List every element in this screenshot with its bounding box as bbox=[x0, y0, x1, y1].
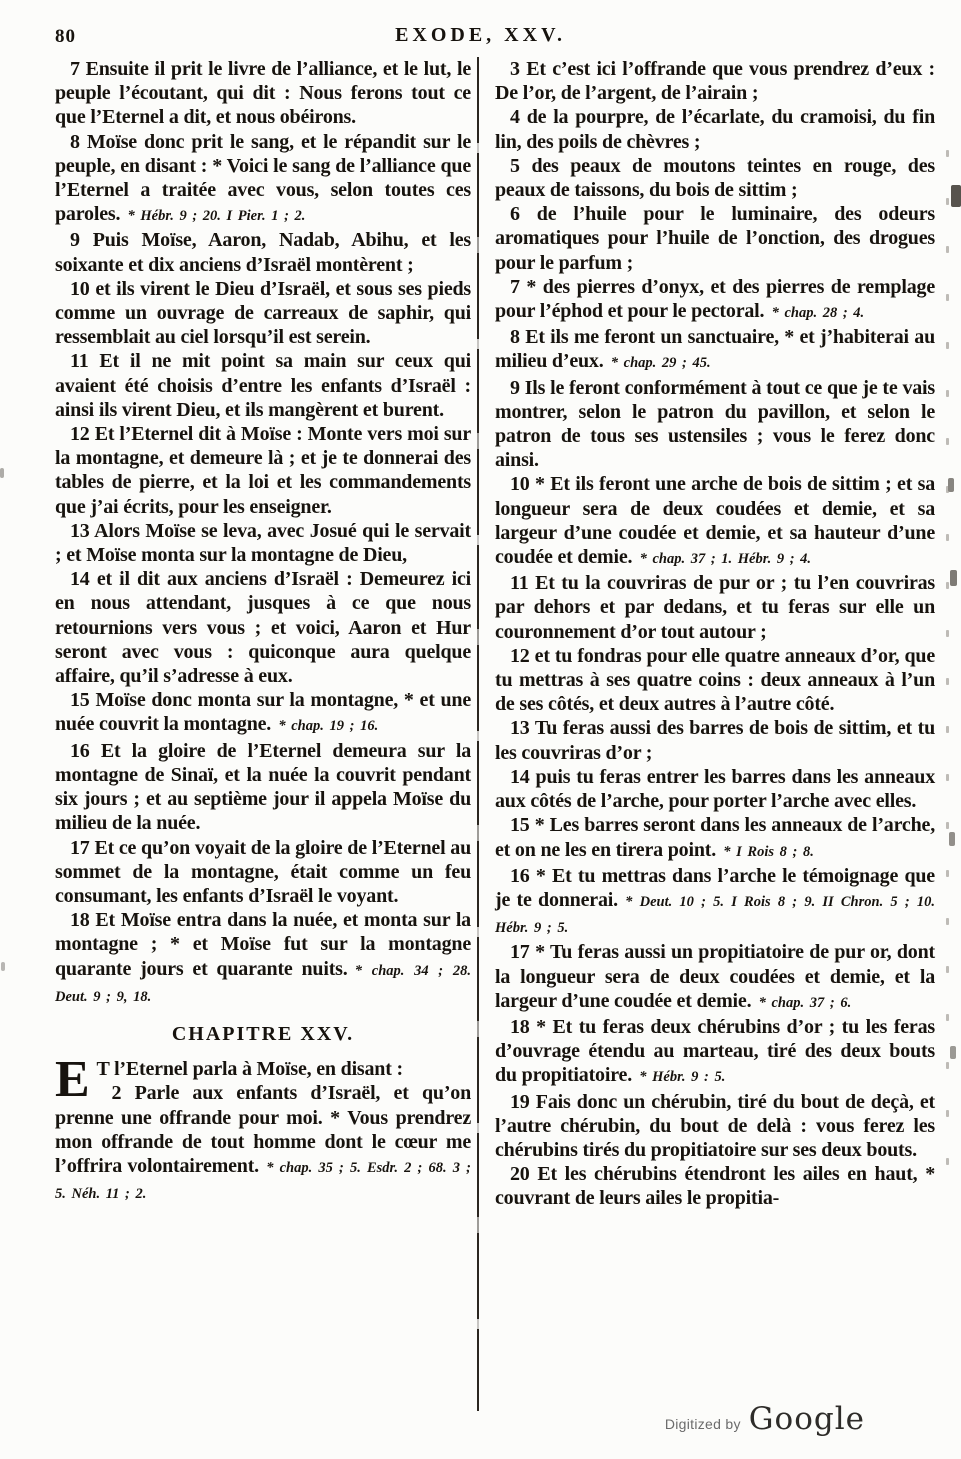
verse-number: 17 bbox=[510, 941, 535, 963]
column-divider-rule bbox=[477, 57, 479, 1411]
verse-paragraph: 6 de l’huile pour le luminaire, des odeu… bbox=[495, 202, 935, 275]
verse-paragraph: 5 des peaux de moutons teintes en rouge,… bbox=[495, 154, 935, 202]
verse-number: 13 bbox=[510, 717, 535, 739]
verse-paragraph: 14 puis tu feras entrer les barres dans … bbox=[495, 765, 935, 813]
verse-number: 3 bbox=[510, 58, 526, 80]
scan-artifact bbox=[949, 832, 955, 846]
verse-paragraph: 12 Et l’Eternel dit à Moïse : Monte vers… bbox=[55, 422, 471, 519]
digitized-by-label: Digitized by bbox=[665, 1416, 741, 1432]
verse-number: 11 bbox=[510, 572, 535, 594]
verse-number: 10 bbox=[510, 473, 535, 495]
cross-references: * chap. 37 ; 6. bbox=[751, 995, 851, 1011]
edge-speck bbox=[946, 582, 949, 589]
running-head: EXODE, XXV. bbox=[0, 24, 961, 47]
verse-number: 12 bbox=[510, 645, 535, 667]
verse-paragraph: 9 Puis Moïse, Aaron, Nadab, Abihu, et le… bbox=[55, 228, 471, 276]
verse-number: 18 bbox=[70, 909, 95, 931]
verse-number: 13 bbox=[70, 520, 94, 542]
verse-number: 2 bbox=[111, 1082, 134, 1104]
verse-number: 15 bbox=[510, 814, 535, 836]
verse-paragraph: 17 * Tu feras aussi un propitiatoire de … bbox=[495, 940, 935, 1015]
verse-paragraph: 10 et ils virent le Dieu d’Israël, et so… bbox=[55, 277, 471, 350]
verse-paragraph: 7 * des pierres d’onyx, et des pierres d… bbox=[495, 275, 935, 325]
verse-paragraph: 9 Ils le feront conformément à tout ce q… bbox=[495, 376, 935, 473]
verse-number: 12 bbox=[70, 423, 95, 445]
verse-number: 9 bbox=[510, 377, 525, 399]
verse-number: 5 bbox=[510, 155, 531, 177]
verse-paragraph: 18 * Et tu feras deux chérubins d’or ; t… bbox=[495, 1015, 935, 1090]
edge-speck bbox=[946, 1062, 949, 1069]
verse-paragraph: 12 et tu fondras pour elle quatre anneau… bbox=[495, 644, 935, 717]
verse-paragraph: 16 Et la gloire de l’Eternel demeura sur… bbox=[55, 739, 471, 836]
edge-speck bbox=[946, 870, 949, 877]
scan-artifact bbox=[951, 185, 961, 207]
verse-number: 7 bbox=[510, 276, 526, 298]
verse-paragraph: 15 * Les barres seront dans les anneaux … bbox=[495, 813, 935, 863]
cross-references: * chap. 35 ; 5. Esdr. 2 ; 68. 3 ; 5. Néh… bbox=[55, 1160, 471, 1202]
scan-artifact bbox=[950, 570, 957, 586]
cross-references: * chap. 29 ; 45. bbox=[604, 355, 711, 371]
edge-speck bbox=[946, 150, 949, 157]
cross-references: * chap. 19 ; 16. bbox=[271, 718, 378, 734]
verse-number: 7 bbox=[70, 58, 86, 80]
dropcap-letter: E bbox=[55, 1057, 96, 1101]
cross-references: * Hébr. 9 : 5. bbox=[632, 1069, 725, 1085]
verse-paragraph: 16 * Et tu mettras dans l’arche le témoi… bbox=[495, 864, 935, 941]
edge-speck bbox=[946, 1110, 949, 1117]
verse-number: 17 bbox=[70, 837, 94, 859]
chapter-heading: CHAPITRE XXV. bbox=[55, 1022, 471, 1046]
edge-speck bbox=[946, 630, 949, 637]
right-column: 3 Et c’est ici l’offrande que vous prend… bbox=[495, 57, 935, 1211]
left-column: 7 Ensuite il prit le livre de l’alliance… bbox=[55, 57, 471, 1206]
verse-paragraph: 3 Et c’est ici l’offrande que vous prend… bbox=[495, 57, 935, 105]
edge-speck bbox=[946, 342, 949, 349]
verse-paragraph: 10 * Et ils feront une arche de bois de … bbox=[495, 472, 935, 571]
cross-references: * Hébr. 9 ; 20. I Pier. 1 ; 2. bbox=[120, 208, 305, 224]
edge-speck bbox=[946, 966, 949, 973]
verse-number: 8 bbox=[510, 326, 525, 348]
verse-paragraph: 17 Et ce qu’on voyait de la gloire de l’… bbox=[55, 836, 471, 909]
verse-number: 6 bbox=[510, 203, 537, 225]
cross-references: * chap. 37 ; 1. Hébr. 9 ; 4. bbox=[632, 551, 811, 567]
verse-number: 4 bbox=[510, 106, 527, 128]
scanned-book-page: 80 EXODE, XXV. 7 Ensuite il prit le livr… bbox=[0, 0, 961, 1459]
edge-speck bbox=[946, 678, 949, 685]
cross-references: * chap. 34 ; 28. Deut. 9 ; 9, 18. bbox=[55, 963, 471, 1005]
text-block: 7 Ensuite il prit le livre de l’alliance… bbox=[55, 57, 937, 1411]
verse-number: 8 bbox=[70, 131, 87, 153]
verse-number: 15 bbox=[70, 689, 95, 711]
edge-speck bbox=[946, 438, 949, 445]
verse-paragraph: 2 Parle aux enfants d’Israël, et qu’on p… bbox=[55, 1081, 471, 1206]
verse-paragraph: 14 et il dit aux anciens d’Israël : Deme… bbox=[55, 567, 471, 688]
verse-paragraph: 15 Moïse donc monta sur la montagne, * e… bbox=[55, 688, 471, 738]
verse-number: 16 bbox=[70, 740, 101, 762]
verse-paragraph: 8 Moïse donc prit le sang, et le répandi… bbox=[55, 130, 471, 229]
edge-speck bbox=[946, 726, 949, 733]
verse-number: 10 bbox=[70, 278, 95, 300]
verse-paragraph: 20 Et les chérubins étendront les ailes … bbox=[495, 1162, 935, 1210]
edge-speck bbox=[946, 390, 949, 397]
verse-paragraph: 11 Et tu la couvriras de pur or ; tu l’e… bbox=[495, 571, 935, 644]
verse-paragraph: 13 Alors Moïse se leva, avec Josué qui l… bbox=[55, 519, 471, 567]
cross-references: * chap. 28 ; 4. bbox=[764, 305, 864, 321]
scan-artifact bbox=[0, 468, 4, 478]
verse-paragraph: 8 Et ils me feront un sanctuaire, * et j… bbox=[495, 325, 935, 375]
edge-speck bbox=[946, 534, 949, 541]
verse-paragraph: 13 Tu feras aussi des barres de bois de … bbox=[495, 716, 935, 764]
verse-number: 20 bbox=[510, 1163, 537, 1185]
edge-speck bbox=[946, 1014, 949, 1021]
edge-speck bbox=[946, 1158, 949, 1165]
verse-paragraph: 18 Et Moïse entra dans la nuée, et monta… bbox=[55, 908, 471, 1009]
verse-number: 11 bbox=[70, 350, 99, 372]
footer: Digitized by Google bbox=[665, 1401, 865, 1437]
verse-number: 16 bbox=[510, 865, 536, 887]
edge-speck bbox=[946, 774, 949, 781]
edge-speck bbox=[946, 822, 949, 829]
scan-artifact bbox=[1, 962, 5, 971]
verse-number: 14 bbox=[510, 766, 536, 788]
edge-speck bbox=[946, 918, 949, 925]
edge-speck bbox=[946, 486, 949, 493]
cross-references: * Deut. 10 ; 5. I Rois 8 ; 9. II Chron. … bbox=[495, 894, 935, 936]
edge-speck bbox=[946, 198, 949, 205]
verse-paragraph: 4 de la pourpre, de l’écarlate, du cramo… bbox=[495, 105, 935, 153]
google-logo: Google bbox=[749, 1401, 865, 1437]
verse-number: 19 bbox=[510, 1091, 536, 1113]
verse-paragraph: ET l’Eternel parla à Moïse, en disant : bbox=[55, 1057, 471, 1081]
verse-paragraph: 19 Fais donc un chérubin, tiré du bout d… bbox=[495, 1090, 935, 1163]
verse-number: 18 bbox=[510, 1016, 536, 1038]
edge-speck bbox=[946, 246, 949, 253]
verse-number: 9 bbox=[70, 229, 93, 251]
verse-number: 14 bbox=[70, 568, 97, 590]
verse-paragraph: 7 Ensuite il prit le livre de l’alliance… bbox=[55, 57, 471, 130]
scan-artifact bbox=[950, 1046, 956, 1059]
verse-paragraph: 11 Et il ne mit point sa main sur ceux q… bbox=[55, 349, 471, 422]
edge-speck bbox=[946, 294, 949, 301]
cross-references: * I Rois 8 ; 8. bbox=[716, 844, 814, 860]
